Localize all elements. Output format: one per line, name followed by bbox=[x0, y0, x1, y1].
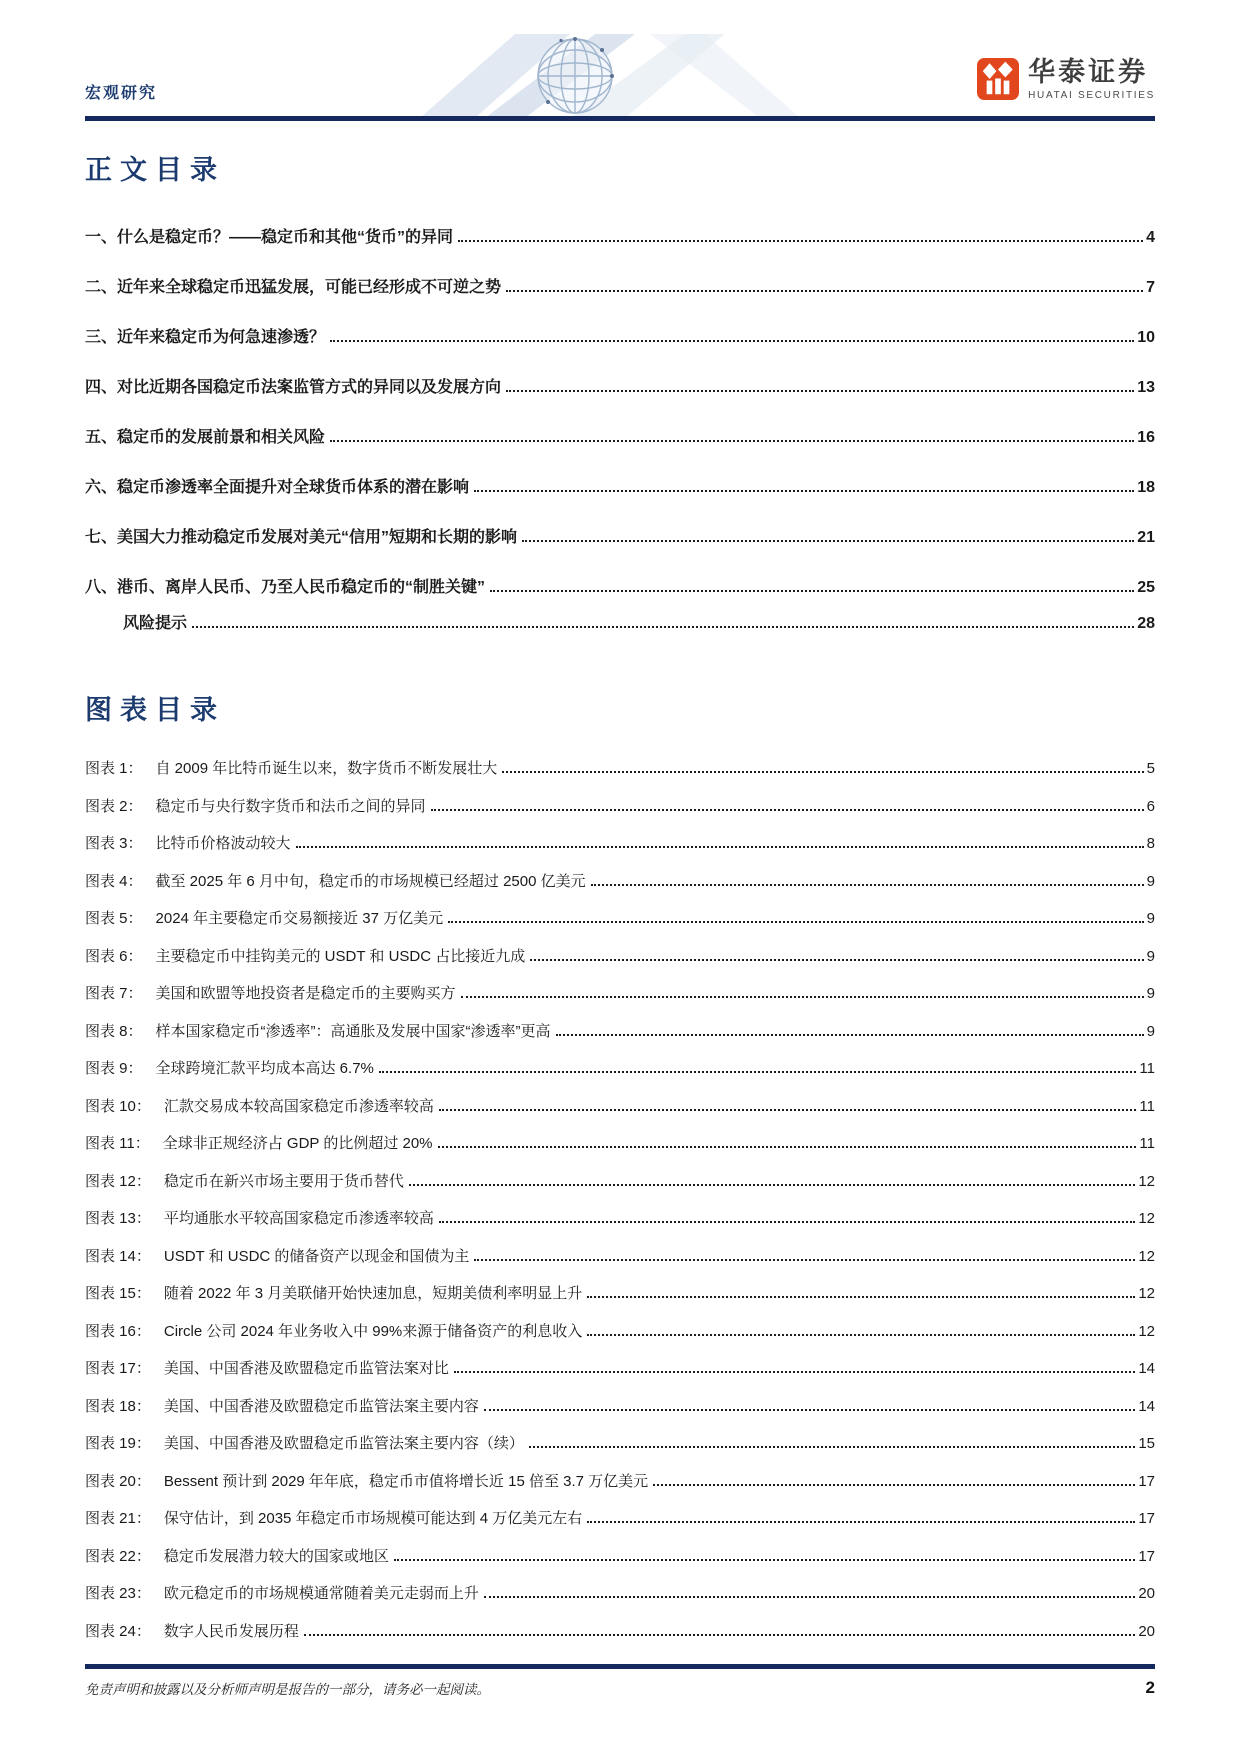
figure-toc-item-page: 6 bbox=[1147, 798, 1155, 817]
huatai-logo-text: 华泰证券 HUATAI SECURITIES bbox=[1028, 58, 1155, 101]
leader-dots bbox=[529, 1435, 1135, 1448]
figure-toc-item-title: 稳定币在新兴市场主要用于货币替代 bbox=[164, 1173, 404, 1192]
figure-toc-item-page: 9 bbox=[1147, 948, 1155, 967]
footer-divider bbox=[85, 1664, 1155, 1669]
main-toc-item[interactable]: 二、近年来全球稳定币迅猛发展，可能已经形成不可逆之势 7 bbox=[85, 278, 1155, 328]
figure-toc-item-number: 图表 21： bbox=[85, 1510, 151, 1529]
figure-toc-item[interactable]: 图表 7： 美国和欧盟等地投资者是稳定币的主要购买方 9 bbox=[85, 985, 1155, 1023]
figure-toc-item[interactable]: 图表 24： 数字人民币发展历程 20 bbox=[85, 1623, 1155, 1661]
figure-toc-item-number: 图表 1： bbox=[85, 760, 143, 779]
leader-dots bbox=[506, 278, 1143, 292]
leader-dots bbox=[296, 835, 1144, 848]
figure-toc-item-number: 图表 3： bbox=[85, 835, 143, 854]
main-toc-item[interactable]: 四、对比近期各国稳定币法案监管方式的异同以及发展方向 13 bbox=[85, 378, 1155, 428]
figure-toc-item-number: 图表 16： bbox=[85, 1323, 151, 1342]
main-toc-item-label: 七、美国大力推动稳定币发展对美元“信用”短期和长期的影响 bbox=[85, 528, 517, 548]
figure-toc-item-page: 11 bbox=[1139, 1098, 1155, 1117]
figure-toc-item-number: 图表 14： bbox=[85, 1248, 151, 1267]
figure-toc-item-title: 美国、中国香港及欧盟稳定币监管法案主要内容（续） bbox=[164, 1435, 524, 1454]
figure-toc-item-number: 图表 8： bbox=[85, 1023, 143, 1042]
report-page: 宏观研究 bbox=[0, 0, 1240, 1754]
leader-dots bbox=[438, 1135, 1137, 1148]
leader-dots bbox=[439, 1210, 1135, 1223]
main-toc-item[interactable]: 六、稳定币渗透率全面提升对全球货币体系的潜在影响 18 bbox=[85, 478, 1155, 528]
figure-toc-item[interactable]: 图表 12： 稳定币在新兴市场主要用于货币替代 12 bbox=[85, 1173, 1155, 1211]
figure-toc-item[interactable]: 图表 15： 随着 2022 年 3 月美联储开始快速加息，短期美债利率明显上升… bbox=[85, 1285, 1155, 1323]
leader-dots bbox=[587, 1285, 1135, 1298]
figure-toc-item-title: USDT 和 USDC 的储备资产以现金和国债为主 bbox=[164, 1248, 470, 1267]
main-toc-item-label: 三、近年来稳定币为何急速渗透？ bbox=[85, 328, 325, 348]
figure-toc-item[interactable]: 图表 19： 美国、中国香港及欧盟稳定币监管法案主要内容（续） 15 bbox=[85, 1435, 1155, 1473]
figure-toc-item-page: 12 bbox=[1138, 1323, 1155, 1342]
globe-watermark-icon bbox=[420, 34, 800, 118]
figure-toc-item[interactable]: 图表 11： 全球非正规经济占 GDP 的比例超过 20% 11 bbox=[85, 1135, 1155, 1173]
main-toc-item-page: 10 bbox=[1137, 328, 1155, 348]
main-toc-item[interactable]: 一、什么是稳定币？——稳定币和其他“货币”的异同 4 bbox=[85, 228, 1155, 278]
figure-toc-item-page: 17 bbox=[1138, 1473, 1155, 1492]
leader-dots bbox=[192, 614, 1134, 628]
main-toc-item-label: 二、近年来全球稳定币迅猛发展，可能已经形成不可逆之势 bbox=[85, 278, 501, 298]
figure-toc-item-number: 图表 6： bbox=[85, 948, 143, 967]
leader-dots bbox=[587, 1323, 1135, 1336]
globe-watermark bbox=[420, 34, 800, 118]
figure-toc-item[interactable]: 图表 5： 2024 年主要稳定币交易额接近 37 万亿美元 9 bbox=[85, 910, 1155, 948]
figure-toc-item[interactable]: 图表 14： USDT 和 USDC 的储备资产以现金和国债为主 12 bbox=[85, 1248, 1155, 1286]
leader-dots bbox=[304, 1623, 1135, 1636]
figure-toc-item-title: 数字人民币发展历程 bbox=[164, 1623, 299, 1642]
report-category: 宏观研究 bbox=[85, 80, 157, 103]
header-divider bbox=[85, 116, 1155, 121]
figure-toc-item[interactable]: 图表 4： 截至 2025 年 6 月中旬，稳定币的市场规模已经超过 2500 … bbox=[85, 873, 1155, 911]
main-toc-item-page: 13 bbox=[1137, 378, 1155, 398]
figure-toc-item-page: 14 bbox=[1138, 1398, 1155, 1417]
leader-dots bbox=[530, 948, 1143, 961]
figure-toc-item-title: 截至 2025 年 6 月中旬，稳定币的市场规模已经超过 2500 亿美元 bbox=[156, 873, 586, 892]
figure-toc-item-page: 9 bbox=[1147, 985, 1155, 1004]
figure-toc-item-title: 美国、中国香港及欧盟稳定币监管法案主要内容 bbox=[164, 1398, 479, 1417]
main-toc-item[interactable]: 三、近年来稳定币为何急速渗透？ 10 bbox=[85, 328, 1155, 378]
leader-dots bbox=[587, 1510, 1135, 1523]
main-toc-item-page: 16 bbox=[1137, 428, 1155, 448]
figure-toc-item[interactable]: 图表 2： 稳定币与央行数字货币和法币之间的异同 6 bbox=[85, 798, 1155, 836]
figure-toc-item-page: 20 bbox=[1138, 1623, 1155, 1642]
figure-toc-item-page: 20 bbox=[1138, 1585, 1155, 1604]
leader-dots bbox=[394, 1548, 1135, 1561]
figure-toc-item-page: 12 bbox=[1138, 1173, 1155, 1192]
leader-dots bbox=[556, 1023, 1144, 1036]
main-toc-item-label: 一、什么是稳定币？——稳定币和其他“货币”的异同 bbox=[85, 228, 453, 248]
main-toc-item[interactable]: 五、稳定币的发展前景和相关风险 16 bbox=[85, 428, 1155, 478]
main-toc-item-page: 25 bbox=[1137, 578, 1155, 598]
leader-dots bbox=[474, 1248, 1135, 1261]
leader-dots bbox=[591, 873, 1144, 886]
figure-toc-item-title: 全球非正规经济占 GDP 的比例超过 20% bbox=[163, 1135, 433, 1154]
figure-toc-item-title: 欧元稳定币的市场规模通常随着美元走弱而上升 bbox=[164, 1585, 479, 1604]
figure-toc-item-number: 图表 13： bbox=[85, 1210, 151, 1229]
main-toc-item-page: 4 bbox=[1146, 228, 1155, 248]
figure-toc-item-number: 图表 17： bbox=[85, 1360, 151, 1379]
figure-toc-item-title: 主要稳定币中挂钩美元的 USDT 和 USDC 占比接近九成 bbox=[156, 948, 526, 967]
figure-toc-item-number: 图表 22： bbox=[85, 1548, 151, 1567]
figure-toc-item-title: 美国、中国香港及欧盟稳定币监管法案对比 bbox=[164, 1360, 449, 1379]
leader-dots bbox=[461, 985, 1144, 998]
leader-dots bbox=[484, 1398, 1135, 1411]
footer-disclaimer: 免责声明和披露以及分析师声明是报告的一部分，请务必一起阅读。 bbox=[85, 1678, 490, 1698]
main-toc-item-label: 四、对比近期各国稳定币法案监管方式的异同以及发展方向 bbox=[85, 378, 501, 398]
huatai-logo-icon bbox=[977, 58, 1019, 100]
main-toc-item-label: 六、稳定币渗透率全面提升对全球货币体系的潜在影响 bbox=[85, 478, 469, 498]
figure-toc-item-number: 图表 10： bbox=[85, 1098, 151, 1117]
figure-toc-item-title: Bessent 预计到 2029 年年底，稳定币市值将增长近 15 倍至 3.7… bbox=[164, 1473, 648, 1492]
huatai-logo: 华泰证券 HUATAI SECURITIES bbox=[977, 58, 1155, 101]
figure-toc-item-title: 保守估计，到 2035 年稳定币市场规模可能达到 4 万亿美元左右 bbox=[164, 1510, 582, 1529]
main-toc-item-page: 28 bbox=[1137, 614, 1155, 634]
figure-toc-item[interactable]: 图表 1： 自 2009 年比特币诞生以来，数字货币不断发展壮大 5 bbox=[85, 760, 1155, 798]
leader-dots bbox=[409, 1173, 1135, 1186]
figure-toc-item-title: 随着 2022 年 3 月美联储开始快速加息，短期美债利率明显上升 bbox=[164, 1285, 582, 1304]
main-toc-title: 正文目录 bbox=[85, 148, 225, 187]
leader-dots bbox=[490, 578, 1134, 592]
main-toc-item-label: 八、港币、离岸人民币、乃至人民币稳定币的“制胜关键” bbox=[85, 578, 485, 598]
leader-dots bbox=[522, 528, 1134, 542]
figure-toc-item-title: 汇款交易成本较高国家稳定币渗透率较高 bbox=[164, 1098, 434, 1117]
figure-toc-item[interactable]: 图表 22： 稳定币发展潜力较大的国家或地区 17 bbox=[85, 1548, 1155, 1586]
logo-name-en: HUATAI SECURITIES bbox=[1028, 90, 1155, 101]
figure-toc-item-page: 12 bbox=[1138, 1285, 1155, 1304]
figure-toc-item[interactable]: 图表 18： 美国、中国香港及欧盟稳定币监管法案主要内容 14 bbox=[85, 1398, 1155, 1436]
figure-toc-item-number: 图表 5： bbox=[85, 910, 143, 929]
leader-dots bbox=[506, 378, 1134, 392]
leader-dots bbox=[330, 328, 1134, 342]
figure-toc-item-number: 图表 23： bbox=[85, 1585, 151, 1604]
figure-toc-item-number: 图表 12： bbox=[85, 1173, 151, 1192]
figure-toc-item-number: 图表 19： bbox=[85, 1435, 151, 1454]
figure-toc-item-page: 15 bbox=[1138, 1435, 1155, 1454]
leader-dots bbox=[653, 1473, 1135, 1486]
figure-toc-item-title: 自 2009 年比特币诞生以来，数字货币不断发展壮大 bbox=[156, 760, 498, 779]
figure-toc-item-page: 17 bbox=[1138, 1510, 1155, 1529]
leader-dots bbox=[458, 228, 1143, 242]
main-toc-item-label: 五、稳定币的发展前景和相关风险 bbox=[85, 428, 325, 448]
figure-toc-item-page: 11 bbox=[1139, 1135, 1155, 1154]
figure-toc-item[interactable]: 图表 9： 全球跨境汇款平均成本高达 6.7% 11 bbox=[85, 1060, 1155, 1098]
figure-toc-item-title: 稳定币与央行数字货币和法币之间的异同 bbox=[156, 798, 426, 817]
main-toc-item[interactable]: 七、美国大力推动稳定币发展对美元“信用”短期和长期的影响 21 bbox=[85, 528, 1155, 578]
main-toc-item-label: 风险提示 bbox=[123, 614, 187, 634]
figure-toc-item[interactable]: 图表 17： 美国、中国香港及欧盟稳定币监管法案对比 14 bbox=[85, 1360, 1155, 1398]
leader-dots bbox=[484, 1585, 1135, 1598]
main-toc-item-page: 21 bbox=[1137, 528, 1155, 548]
leader-dots bbox=[474, 478, 1134, 492]
figure-toc-item-page: 14 bbox=[1138, 1360, 1155, 1379]
figure-toc-item[interactable]: 图表 10： 汇款交易成本较高国家稳定币渗透率较高 11 bbox=[85, 1098, 1155, 1136]
figure-toc-item[interactable]: 图表 20： Bessent 预计到 2029 年年底，稳定币市值将增长近 15… bbox=[85, 1473, 1155, 1511]
main-toc-item-page: 7 bbox=[1146, 278, 1155, 298]
main-toc-item-page: 18 bbox=[1137, 478, 1155, 498]
figure-toc-title: 图表目录 bbox=[85, 688, 225, 727]
figure-toc-item[interactable]: 图表 3： 比特币价格波动较大 8 bbox=[85, 835, 1155, 873]
main-toc-item[interactable]: 风险提示 28 bbox=[85, 614, 1155, 650]
figure-toc-item-number: 图表 20： bbox=[85, 1473, 151, 1492]
figure-toc-item-title: 全球跨境汇款平均成本高达 6.7% bbox=[156, 1060, 374, 1079]
figure-toc-item-page: 9 bbox=[1147, 910, 1155, 929]
figure-toc-item-title: 样本国家稳定币“渗透率”：高通胀及发展中国家“渗透率”更高 bbox=[156, 1023, 551, 1042]
leader-dots bbox=[454, 1360, 1135, 1373]
leader-dots bbox=[431, 798, 1144, 811]
figure-toc-item-page: 12 bbox=[1138, 1248, 1155, 1267]
figure-toc-item[interactable]: 图表 6： 主要稳定币中挂钩美元的 USDT 和 USDC 占比接近九成 9 bbox=[85, 948, 1155, 986]
leader-dots bbox=[379, 1060, 1137, 1073]
figure-toc-item[interactable]: 图表 23： 欧元稳定币的市场规模通常随着美元走弱而上升 20 bbox=[85, 1585, 1155, 1623]
leader-dots bbox=[502, 760, 1143, 773]
figure-toc-item-title: 美国和欧盟等地投资者是稳定币的主要购买方 bbox=[156, 985, 456, 1004]
figure-toc-item-number: 图表 18： bbox=[85, 1398, 151, 1417]
figure-toc-item-number: 图表 15： bbox=[85, 1285, 151, 1304]
footer-page-number: 2 bbox=[1146, 1678, 1155, 1698]
figure-toc-item[interactable]: 图表 21： 保守估计，到 2035 年稳定币市场规模可能达到 4 万亿美元左右… bbox=[85, 1510, 1155, 1548]
figure-toc-item-page: 12 bbox=[1138, 1210, 1155, 1229]
leader-dots bbox=[330, 428, 1134, 442]
figure-toc-item-page: 9 bbox=[1147, 1023, 1155, 1042]
figure-toc-item-page: 5 bbox=[1147, 760, 1155, 779]
figure-toc-item-title: 平均通胀水平较高国家稳定币渗透率较高 bbox=[164, 1210, 434, 1229]
figure-toc-item-number: 图表 11： bbox=[85, 1135, 150, 1154]
figure-toc-item-number: 图表 4： bbox=[85, 873, 143, 892]
figure-toc-item-page: 17 bbox=[1138, 1548, 1155, 1567]
figure-toc-item[interactable]: 图表 16： Circle 公司 2024 年业务收入中 99%来源于储备资产的… bbox=[85, 1323, 1155, 1361]
figure-toc-item-title: 比特币价格波动较大 bbox=[156, 835, 291, 854]
leader-dots bbox=[439, 1098, 1137, 1111]
main-toc-list: 一、什么是稳定币？——稳定币和其他“货币”的异同 4 二、近年来全球稳定币迅猛发… bbox=[85, 228, 1155, 650]
figure-toc-list: 图表 1： 自 2009 年比特币诞生以来，数字货币不断发展壮大 5 图表 2：… bbox=[85, 760, 1155, 1660]
page-footer: 免责声明和披露以及分析师声明是报告的一部分，请务必一起阅读。 2 bbox=[85, 1678, 1155, 1698]
logo-name-cn: 华泰证券 bbox=[1028, 58, 1155, 88]
figure-toc-item-number: 图表 2： bbox=[85, 798, 143, 817]
figure-toc-item-page: 8 bbox=[1147, 835, 1155, 854]
figure-toc-item-number: 图表 9： bbox=[85, 1060, 143, 1079]
leader-dots bbox=[448, 910, 1144, 923]
figure-toc-item-number: 图表 24： bbox=[85, 1623, 151, 1642]
figure-toc-item-title: 2024 年主要稳定币交易额接近 37 万亿美元 bbox=[156, 910, 444, 929]
figure-toc-item-page: 9 bbox=[1147, 873, 1155, 892]
figure-toc-item-title: Circle 公司 2024 年业务收入中 99%来源于储备资产的利息收入 bbox=[164, 1323, 582, 1342]
figure-toc-item-title: 稳定币发展潜力较大的国家或地区 bbox=[164, 1548, 389, 1567]
figure-toc-item-page: 11 bbox=[1139, 1060, 1155, 1079]
figure-toc-item-number: 图表 7： bbox=[85, 985, 143, 1004]
figure-toc-item[interactable]: 图表 8： 样本国家稳定币“渗透率”：高通胀及发展中国家“渗透率”更高 9 bbox=[85, 1023, 1155, 1061]
figure-toc-item[interactable]: 图表 13： 平均通胀水平较高国家稳定币渗透率较高 12 bbox=[85, 1210, 1155, 1248]
